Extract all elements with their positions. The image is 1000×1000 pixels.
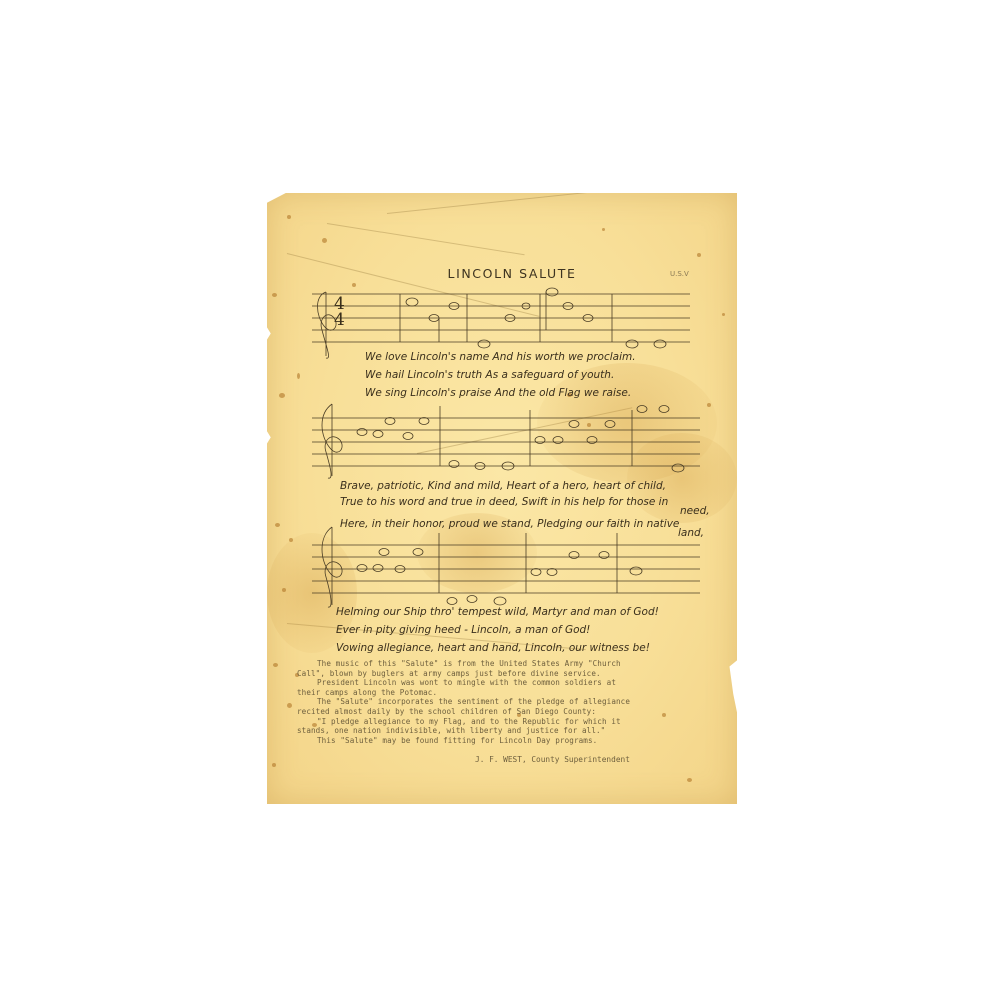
foxing-spot [272, 763, 276, 767]
lyric-line: We love Lincoln's name And his worth we … [365, 348, 636, 366]
foxing-spot [297, 373, 300, 379]
note-line: stands, one nation indivisible, with lib… [297, 726, 727, 736]
music-staff-3 [312, 527, 702, 611]
foxing-spot [287, 215, 291, 219]
verse-block-1: We love Lincoln's name And his worth we … [365, 348, 636, 402]
note-line: their camps along the Potomac. [297, 688, 727, 698]
paper-crease [387, 179, 715, 214]
note-line: recited almost daily by the school child… [297, 707, 727, 717]
lyric-line: Brave, patriotic, Kind and mild, Heart o… [340, 477, 679, 495]
foxing-spot [602, 228, 605, 231]
explanatory-notes: The music of this "Salute" is from the U… [297, 659, 727, 745]
lyric-line: True to his word and true in deed, Swift… [340, 495, 679, 509]
verse-block-2: Brave, patriotic, Kind and mild, Heart o… [340, 477, 679, 531]
lyric-line: We hail Lincoln's truth As a safeguard o… [365, 366, 636, 384]
foxing-spot [273, 663, 278, 667]
foxing-spot [697, 253, 701, 257]
foxing-spot [287, 703, 292, 708]
foxing-spot [272, 293, 277, 297]
foxing-spot [282, 588, 286, 592]
lyric-line: Helming our Ship thro' tempest wild, Mar… [336, 603, 659, 621]
note-line: President Lincoln was wont to mingle wit… [297, 678, 727, 688]
note-line: Call", blown by buglers at army camps ju… [297, 669, 727, 679]
lyric-line: Ever in pity giving heed - Lincoln, a ma… [336, 621, 659, 639]
verse-block-3: Helming our Ship thro' tempest wild, Mar… [336, 603, 659, 657]
foxing-spot [707, 403, 711, 407]
song-title: LINCOLN SALUTE [437, 266, 587, 281]
music-staff-2 [312, 400, 702, 484]
foxing-spot [275, 523, 280, 527]
ink-mark [258, 368, 268, 388]
signature: J. F. WEST, County Superintendent [475, 755, 630, 764]
time-signature: 4 4 [334, 296, 345, 328]
foxing-spot [687, 778, 692, 782]
note-line: The "Salute" incorporates the sentiment … [297, 697, 727, 707]
note-line: "I pledge allegiance to my Flag, and to … [297, 717, 727, 727]
corner-mark: U.S.V [670, 270, 689, 278]
lyric-overflow-need: need, [680, 502, 710, 520]
time-signature-bottom: 4 [334, 312, 345, 328]
note-line: The music of this "Salute" is from the U… [297, 659, 727, 669]
foxing-spot [289, 538, 293, 542]
foxing-spot [279, 393, 285, 398]
paper-crease [327, 223, 525, 255]
note-line: This "Salute" may be found fitting for L… [297, 736, 727, 746]
foxing-spot [322, 238, 327, 243]
lyric-line: Vowing allegiance, heart and hand, Linco… [336, 639, 659, 657]
foxing-spot [722, 313, 725, 316]
